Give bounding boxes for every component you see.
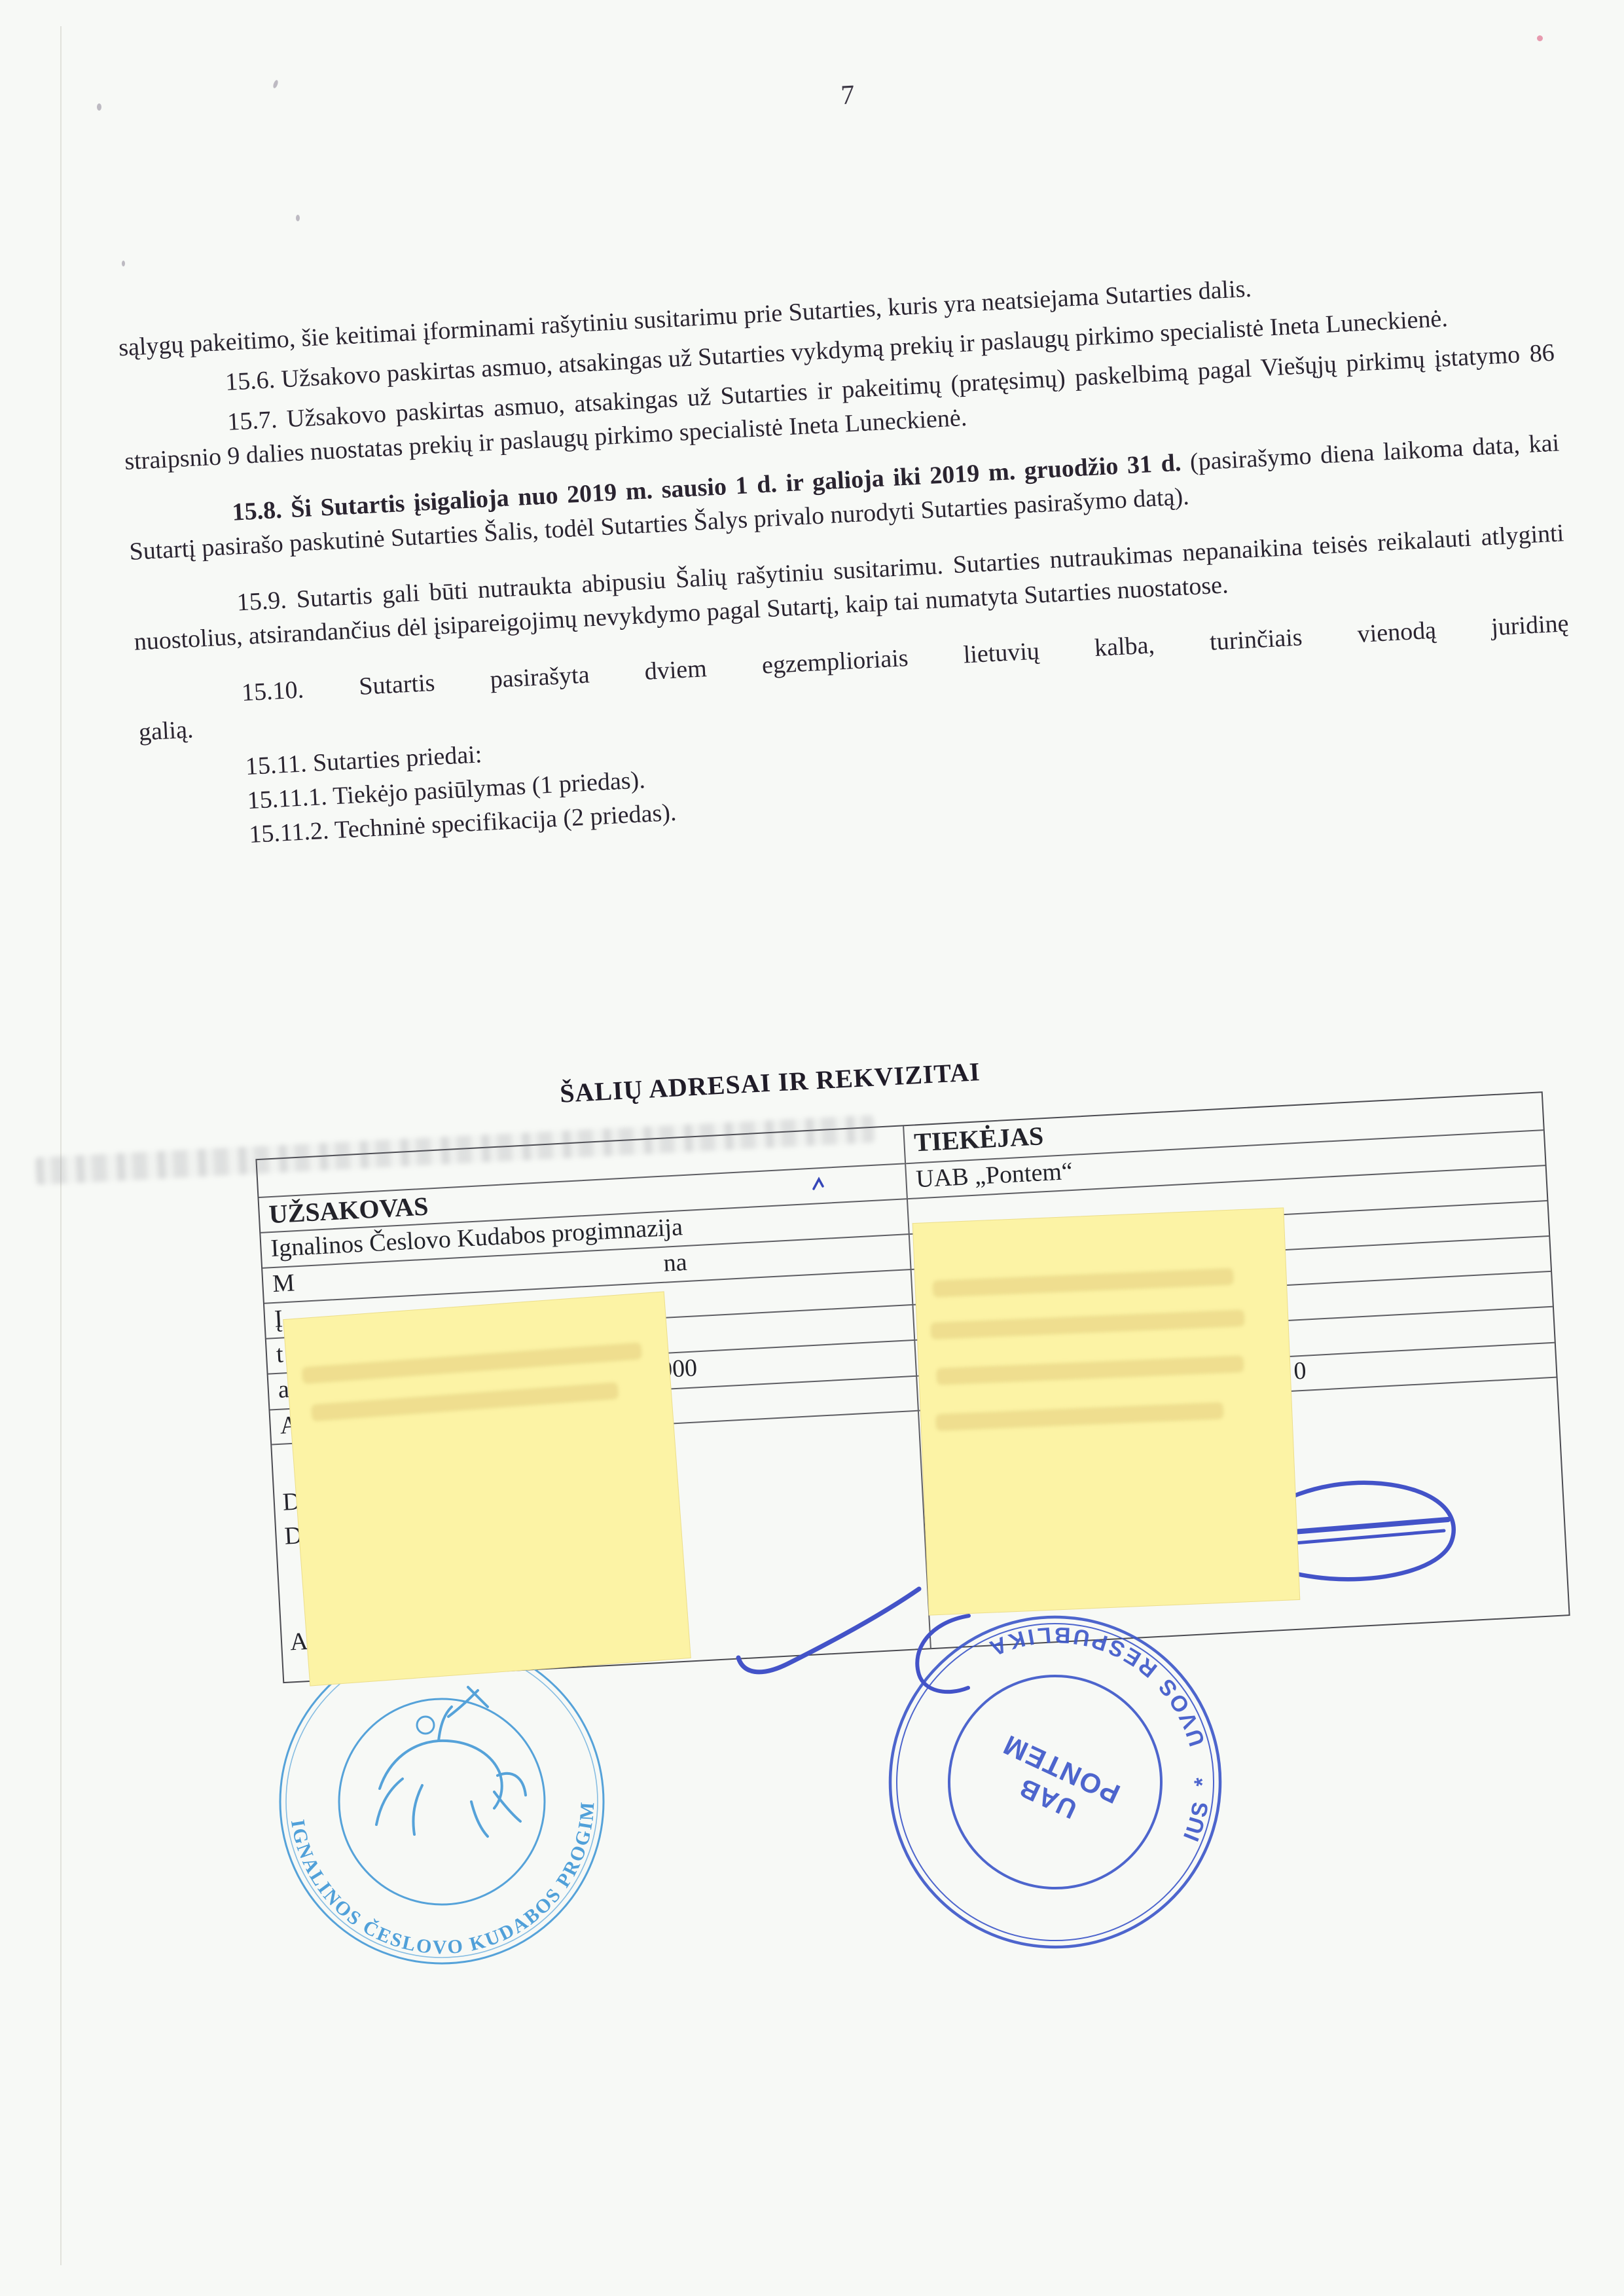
small-pen-mark — [814, 1179, 823, 1189]
note-ghost-text — [311, 1382, 619, 1421]
note-ghost-text — [932, 1268, 1234, 1298]
pen-ink-overlay — [0, 0, 1624, 2296]
note-ghost-text — [930, 1309, 1245, 1339]
sticky-note-right — [912, 1207, 1301, 1615]
note-ghost-text — [935, 1402, 1224, 1431]
signature-loop-stroke — [917, 1616, 969, 1692]
note-ghost-text — [936, 1355, 1244, 1385]
customer-signature-stroke — [738, 1589, 919, 1672]
scanned-contract-page: { "page": { "number": "7" }, "document":… — [0, 0, 1624, 2296]
note-ghost-text — [302, 1342, 643, 1384]
sticky-note-left — [283, 1291, 691, 1686]
